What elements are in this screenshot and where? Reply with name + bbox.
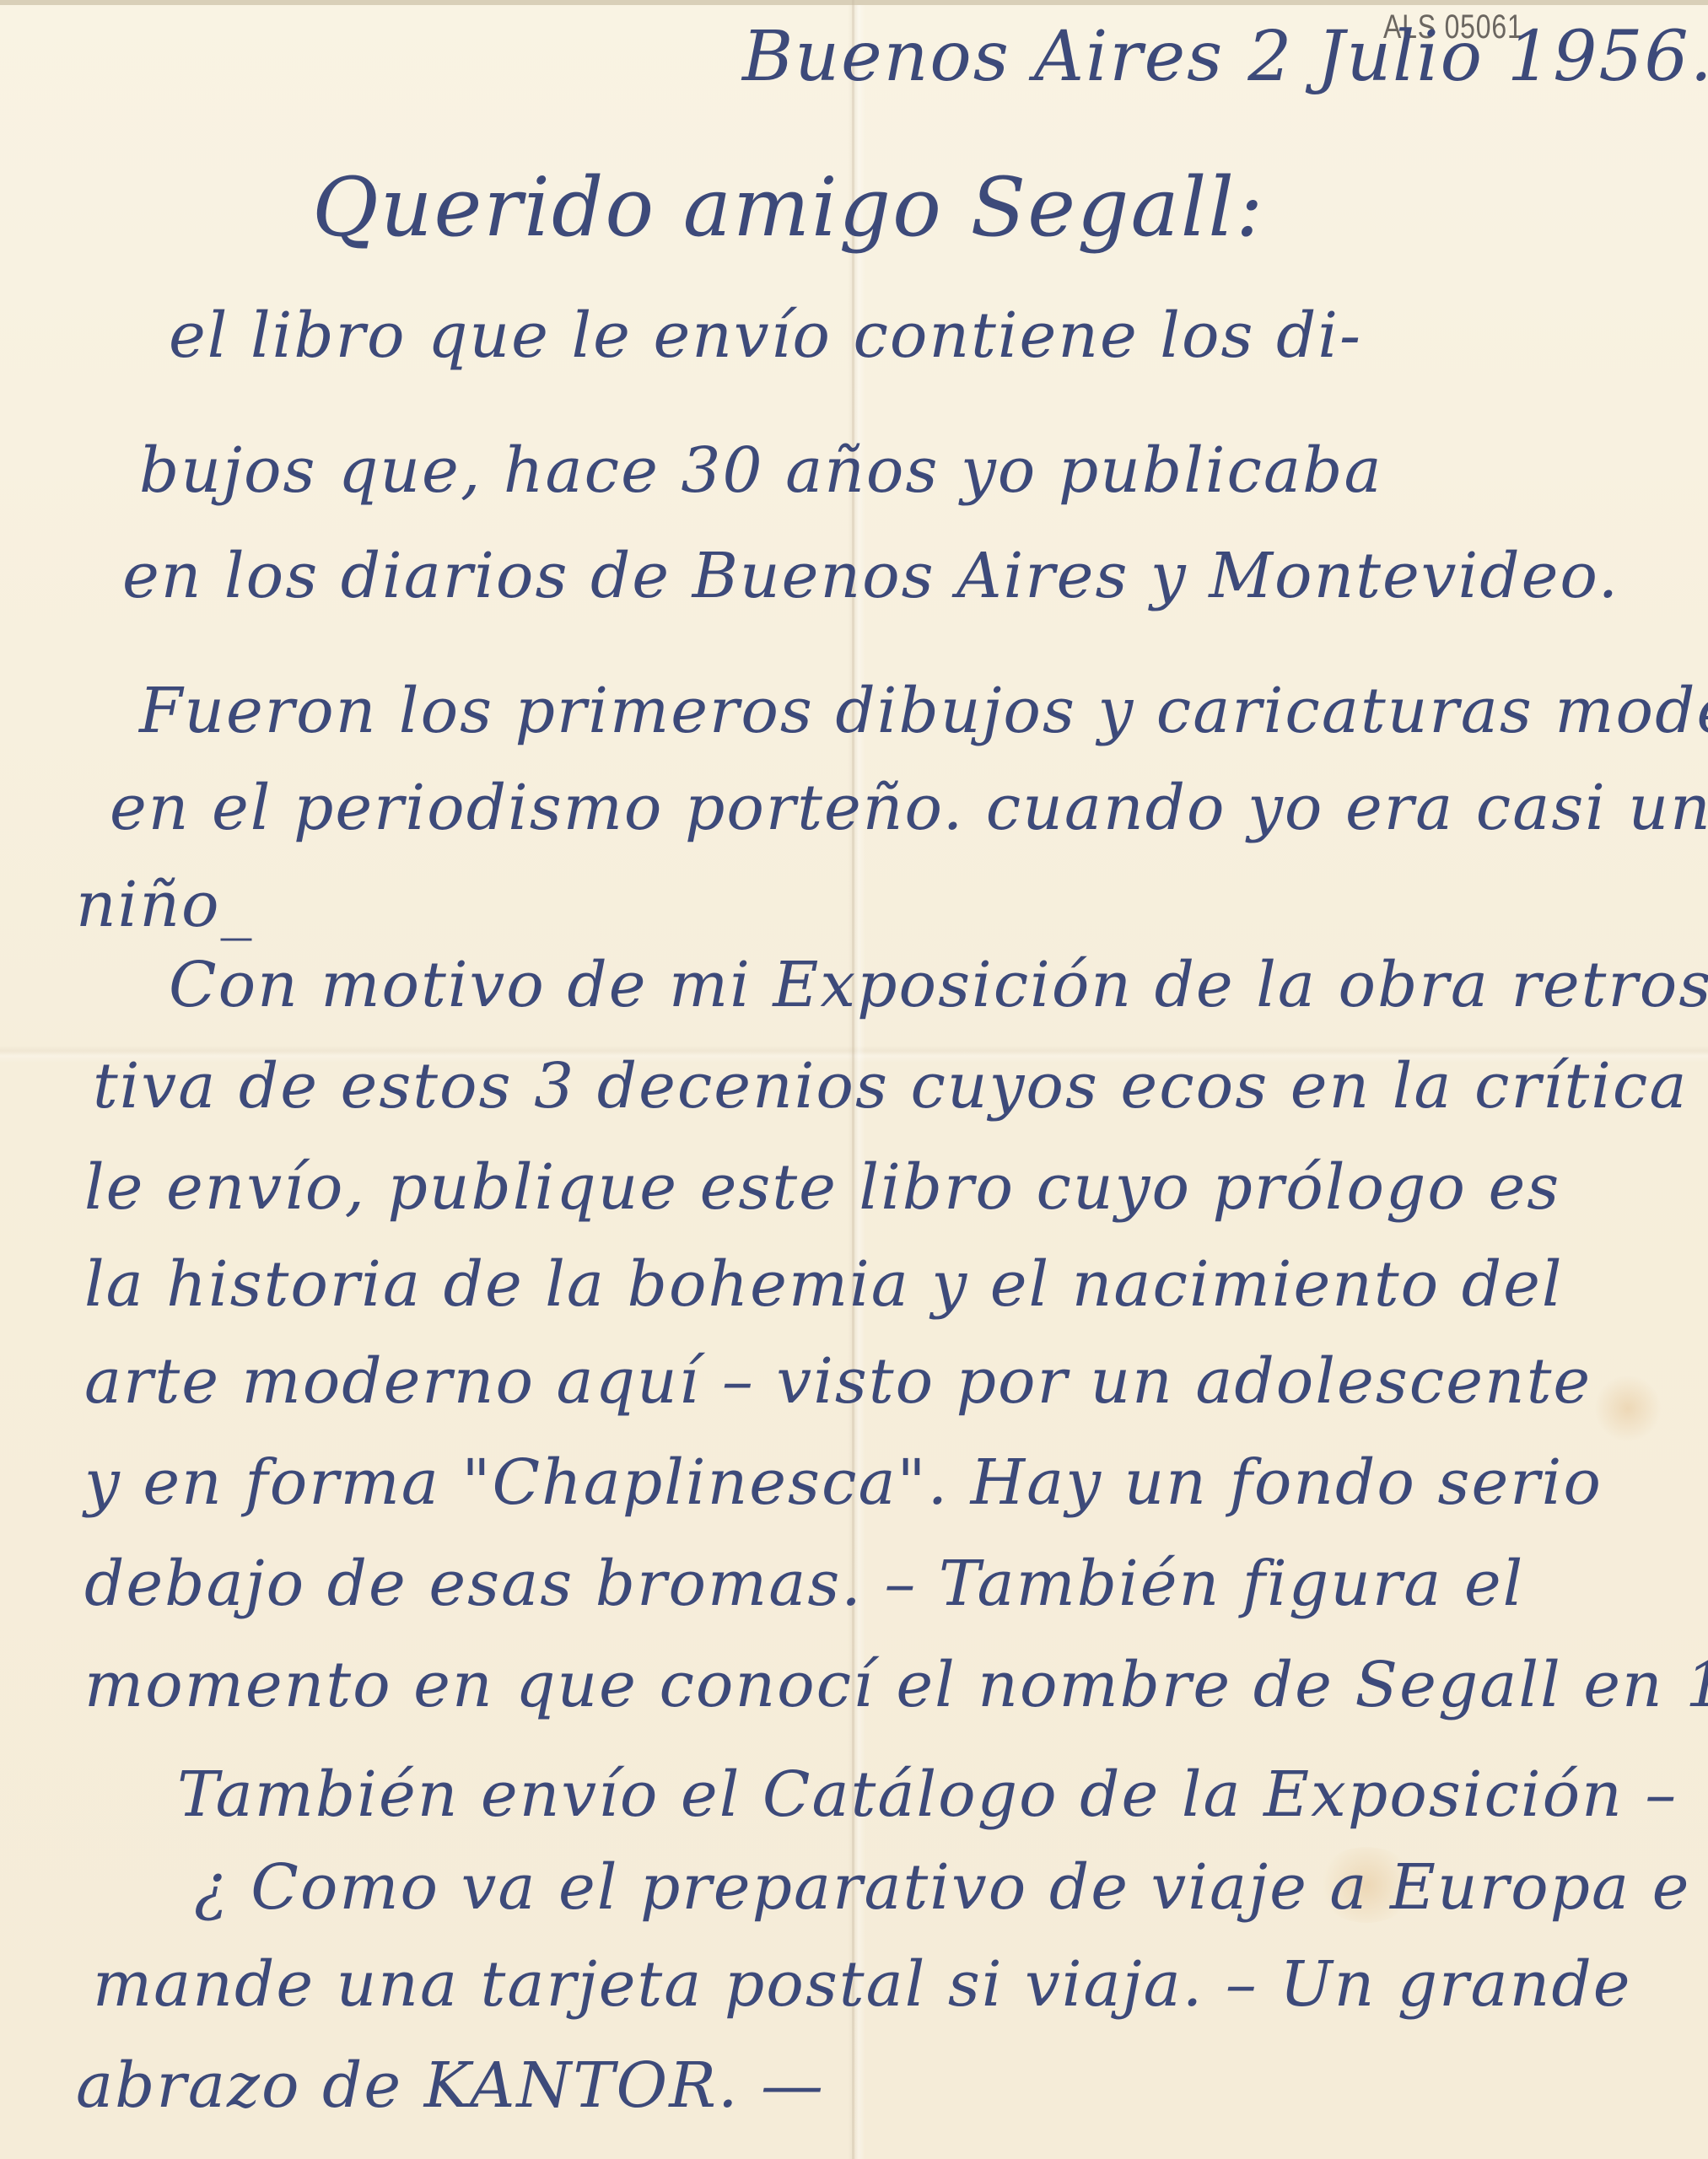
- letter-line-10: la historia de la bohemia y el nacimient…: [84, 1248, 1564, 1321]
- letter-line-16: ¿ Como va el preparativo de viaje a Euro…: [194, 1851, 1708, 1924]
- letter-line-8: tiva de estos 3 decenios cuyos ecos en l…: [93, 1050, 1688, 1123]
- letter-line-13: debajo de esas bromas. – También figura …: [84, 1548, 1524, 1620]
- letter-line-15: También envío el Catálogo de la Exposici…: [177, 1758, 1678, 1831]
- place-date-line: Buenos Aires 2 Julio 1956.: [742, 17, 1708, 97]
- letter-line-17: mande una tarjeta postal si viaja. – Un …: [93, 1948, 1632, 2021]
- letter-line-1: el libro que le envío contiene los di-: [169, 299, 1362, 372]
- letter-line-12: y en forma "Chaplinesca". Hay un fondo s…: [84, 1446, 1603, 1519]
- letter-line-14: momento en que conocí el nombre de Segal…: [84, 1649, 1708, 1721]
- letter-line-6: niño_: [76, 869, 254, 941]
- letter-line-11: arte moderno aquí – visto por un adolesc…: [84, 1345, 1592, 1418]
- letter-line-7: Con motivo de mi Exposición de la obra r…: [169, 949, 1708, 1021]
- letter-line-18-closing: abrazo de KANTOR. —: [76, 2049, 825, 2122]
- salutation: Querido amigo Segall:: [312, 160, 1264, 255]
- letter-line-2: bujos que, hace 30 años yo publicaba: [139, 434, 1383, 507]
- letter-line-4: Fueron los primeros dibujos y caricatura…: [139, 675, 1708, 747]
- letter-line-3: en los diarios de Buenos Aires y Montevi…: [122, 540, 1619, 612]
- letter-line-5: en el periodismo porteño. cuando yo era …: [110, 772, 1708, 844]
- paper-stain: [1594, 1375, 1662, 1442]
- letter-line-9: le envío, publique este libro cuyo prólo…: [84, 1151, 1560, 1224]
